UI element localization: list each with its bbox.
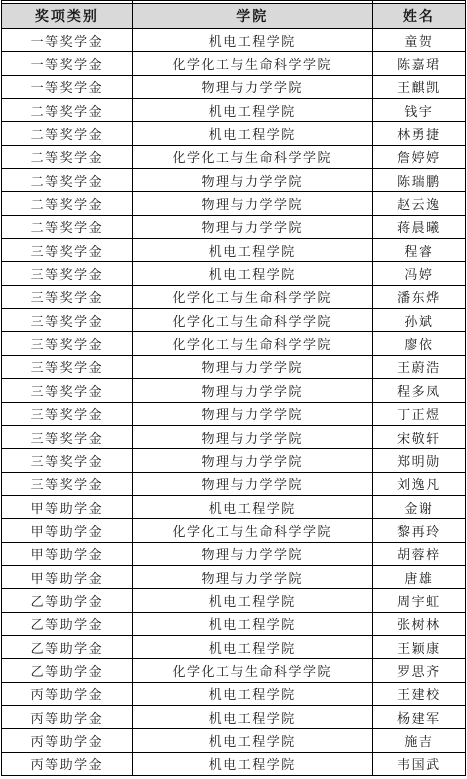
name-cell: 胡蓉梓 (372, 542, 465, 565)
college-cell: 物理与力学学院 (132, 355, 372, 378)
college-cell: 物理与力学学院 (132, 379, 372, 402)
college-cell: 机电工程学院 (132, 635, 372, 658)
award-cell: 丙等助学金 (2, 729, 133, 752)
name-cell: 程睿 (372, 239, 465, 262)
name-cell: 韦国武 (372, 752, 465, 775)
college-cell: 机电工程学院 (132, 705, 372, 728)
scholarship-table: 奖项类别 学院 姓名 一等奖学金机电工程学院童贺一等奖学金化学化工与生命科学学院… (1, 0, 466, 776)
college-cell: 化学化工与生命科学学院 (132, 145, 372, 168)
college-cell: 机电工程学院 (132, 239, 372, 262)
header-row: 奖项类别 学院 姓名 (2, 4, 466, 29)
name-cell: 陈嘉珺 (372, 52, 465, 75)
page: { "colors": { "border": "#000000", "head… (0, 0, 467, 779)
table-body: 一等奖学金机电工程学院童贺一等奖学金化学化工与生命科学学院陈嘉珺一等奖学金物理与… (2, 29, 466, 776)
award-cell: 二等奖学金 (2, 169, 133, 192)
award-cell: 乙等助学金 (2, 635, 133, 658)
college-cell: 化学化工与生命科学学院 (132, 519, 372, 542)
college-cell: 物理与力学学院 (132, 75, 372, 98)
name-cell: 蒋晨曦 (372, 215, 465, 238)
table-row: 三等奖学金物理与力学学院宋敬轩 (2, 425, 466, 448)
award-cell: 乙等助学金 (2, 612, 133, 635)
name-cell: 黎再玲 (372, 519, 465, 542)
college-cell: 机电工程学院 (132, 29, 372, 52)
header-college: 学院 (132, 4, 372, 29)
name-cell: 王麒凯 (372, 75, 465, 98)
table-row: 丙等助学金机电工程学院杨建军 (2, 705, 466, 728)
table-row: 一等奖学金化学化工与生命科学学院陈嘉珺 (2, 52, 466, 75)
award-cell: 三等奖学金 (2, 332, 133, 355)
table-row: 甲等助学金物理与力学学院胡蓉梓 (2, 542, 466, 565)
college-cell: 物理与力学学院 (132, 425, 372, 448)
award-cell: 三等奖学金 (2, 309, 133, 332)
table-head: 奖项类别 学院 姓名 (2, 1, 466, 29)
table-row: 二等奖学金物理与力学学院蒋晨曦 (2, 215, 466, 238)
college-cell: 物理与力学学院 (132, 169, 372, 192)
award-cell: 二等奖学金 (2, 99, 133, 122)
award-cell: 三等奖学金 (2, 239, 133, 262)
table-row: 三等奖学金物理与力学学院刘逸凡 (2, 472, 466, 495)
award-cell: 二等奖学金 (2, 215, 133, 238)
name-cell: 宋敬轩 (372, 425, 465, 448)
college-cell: 化学化工与生命科学学院 (132, 309, 372, 332)
table-row: 甲等助学金机电工程学院金谢 (2, 495, 466, 518)
name-cell: 施吉 (372, 729, 465, 752)
table-row: 三等奖学金化学化工与生命科学学院孙斌 (2, 309, 466, 332)
award-cell: 三等奖学金 (2, 355, 133, 378)
award-cell: 甲等助学金 (2, 495, 133, 518)
college-cell: 机电工程学院 (132, 495, 372, 518)
college-cell: 机电工程学院 (132, 682, 372, 705)
name-cell: 赵云逸 (372, 192, 465, 215)
name-cell: 刘逸凡 (372, 472, 465, 495)
college-cell: 化学化工与生命科学学院 (132, 52, 372, 75)
name-cell: 周宇虹 (372, 589, 465, 612)
award-cell: 一等奖学金 (2, 52, 133, 75)
college-cell: 物理与力学学院 (132, 402, 372, 425)
award-cell: 一等奖学金 (2, 75, 133, 98)
college-cell: 物理与力学学院 (132, 215, 372, 238)
college-cell: 物理与力学学院 (132, 542, 372, 565)
table-row: 一等奖学金机电工程学院童贺 (2, 29, 466, 52)
award-cell: 甲等助学金 (2, 519, 133, 542)
award-cell: 三等奖学金 (2, 262, 133, 285)
award-cell: 二等奖学金 (2, 145, 133, 168)
award-cell: 乙等助学金 (2, 589, 133, 612)
name-cell: 程多凤 (372, 379, 465, 402)
table-row: 一等奖学金物理与力学学院王麒凯 (2, 75, 466, 98)
table-row: 乙等助学金机电工程学院王颖康 (2, 635, 466, 658)
table-row: 三等奖学金物理与力学学院郑明勋 (2, 449, 466, 472)
table-row: 丙等助学金机电工程学院王建校 (2, 682, 466, 705)
table-row: 甲等助学金化学化工与生命科学学院黎再玲 (2, 519, 466, 542)
header-award-category: 奖项类别 (2, 4, 133, 29)
table-row: 三等奖学金物理与力学学院丁正煜 (2, 402, 466, 425)
table-row: 丙等助学金机电工程学院施吉 (2, 729, 466, 752)
name-cell: 王蔚浩 (372, 355, 465, 378)
name-cell: 廖依 (372, 332, 465, 355)
name-cell: 王颖康 (372, 635, 465, 658)
document-sheet: 奖项类别 学院 姓名 一等奖学金机电工程学院童贺一等奖学金化学化工与生命科学学院… (1, 0, 466, 776)
college-cell: 机电工程学院 (132, 122, 372, 145)
table-row: 二等奖学金物理与力学学院赵云逸 (2, 192, 466, 215)
table-row: 三等奖学金化学化工与生命科学学院潘东烨 (2, 285, 466, 308)
table-row: 乙等助学金机电工程学院周宇虹 (2, 589, 466, 612)
award-cell: 丙等助学金 (2, 682, 133, 705)
table-row: 乙等助学金化学化工与生命科学学院罗思齐 (2, 659, 466, 682)
table-row: 二等奖学金物理与力学学院陈瑞鹏 (2, 169, 466, 192)
award-cell: 三等奖学金 (2, 402, 133, 425)
name-cell: 童贺 (372, 29, 465, 52)
name-cell: 唐雄 (372, 565, 465, 588)
college-cell: 化学化工与生命科学学院 (132, 659, 372, 682)
award-cell: 甲等助学金 (2, 542, 133, 565)
award-cell: 丙等助学金 (2, 705, 133, 728)
award-cell: 二等奖学金 (2, 122, 133, 145)
name-cell: 潘东烨 (372, 285, 465, 308)
award-cell: 三等奖学金 (2, 285, 133, 308)
award-cell: 三等奖学金 (2, 449, 133, 472)
college-cell: 机电工程学院 (132, 262, 372, 285)
award-cell: 三等奖学金 (2, 425, 133, 448)
table-row: 丙等助学金机电工程学院韦国武 (2, 752, 466, 775)
college-cell: 机电工程学院 (132, 589, 372, 612)
award-cell: 甲等助学金 (2, 565, 133, 588)
name-cell: 詹婷婷 (372, 145, 465, 168)
college-cell: 物理与力学学院 (132, 449, 372, 472)
table-row: 三等奖学金机电工程学院冯婷 (2, 262, 466, 285)
college-cell: 机电工程学院 (132, 99, 372, 122)
name-cell: 陈瑞鹏 (372, 169, 465, 192)
name-cell: 冯婷 (372, 262, 465, 285)
college-cell: 化学化工与生命科学学院 (132, 285, 372, 308)
name-cell: 钱宇 (372, 99, 465, 122)
college-cell: 化学化工与生命科学学院 (132, 332, 372, 355)
name-cell: 林勇捷 (372, 122, 465, 145)
table-row: 三等奖学金机电工程学院程睿 (2, 239, 466, 262)
college-cell: 机电工程学院 (132, 729, 372, 752)
table-row: 甲等助学金物理与力学学院唐雄 (2, 565, 466, 588)
table-row: 二等奖学金机电工程学院林勇捷 (2, 122, 466, 145)
award-cell: 丙等助学金 (2, 752, 133, 775)
award-cell: 三等奖学金 (2, 379, 133, 402)
table-row: 乙等助学金机电工程学院张树林 (2, 612, 466, 635)
college-cell: 机电工程学院 (132, 612, 372, 635)
name-cell: 郑明勋 (372, 449, 465, 472)
header-name: 姓名 (372, 4, 465, 29)
college-cell: 物理与力学学院 (132, 192, 372, 215)
college-cell: 物理与力学学院 (132, 472, 372, 495)
name-cell: 孙斌 (372, 309, 465, 332)
name-cell: 杨建军 (372, 705, 465, 728)
name-cell: 王建校 (372, 682, 465, 705)
college-cell: 机电工程学院 (132, 752, 372, 775)
name-cell: 金谢 (372, 495, 465, 518)
name-cell: 丁正煜 (372, 402, 465, 425)
table-row: 三等奖学金物理与力学学院王蔚浩 (2, 355, 466, 378)
award-cell: 一等奖学金 (2, 29, 133, 52)
table-row: 三等奖学金化学化工与生命科学学院廖依 (2, 332, 466, 355)
name-cell: 张树林 (372, 612, 465, 635)
award-cell: 二等奖学金 (2, 192, 133, 215)
name-cell: 罗思齐 (372, 659, 465, 682)
table-row: 二等奖学金化学化工与生命科学学院詹婷婷 (2, 145, 466, 168)
award-cell: 三等奖学金 (2, 472, 133, 495)
table-row: 三等奖学金物理与力学学院程多凤 (2, 379, 466, 402)
college-cell: 物理与力学学院 (132, 565, 372, 588)
table-row: 二等奖学金机电工程学院钱宇 (2, 99, 466, 122)
award-cell: 乙等助学金 (2, 659, 133, 682)
